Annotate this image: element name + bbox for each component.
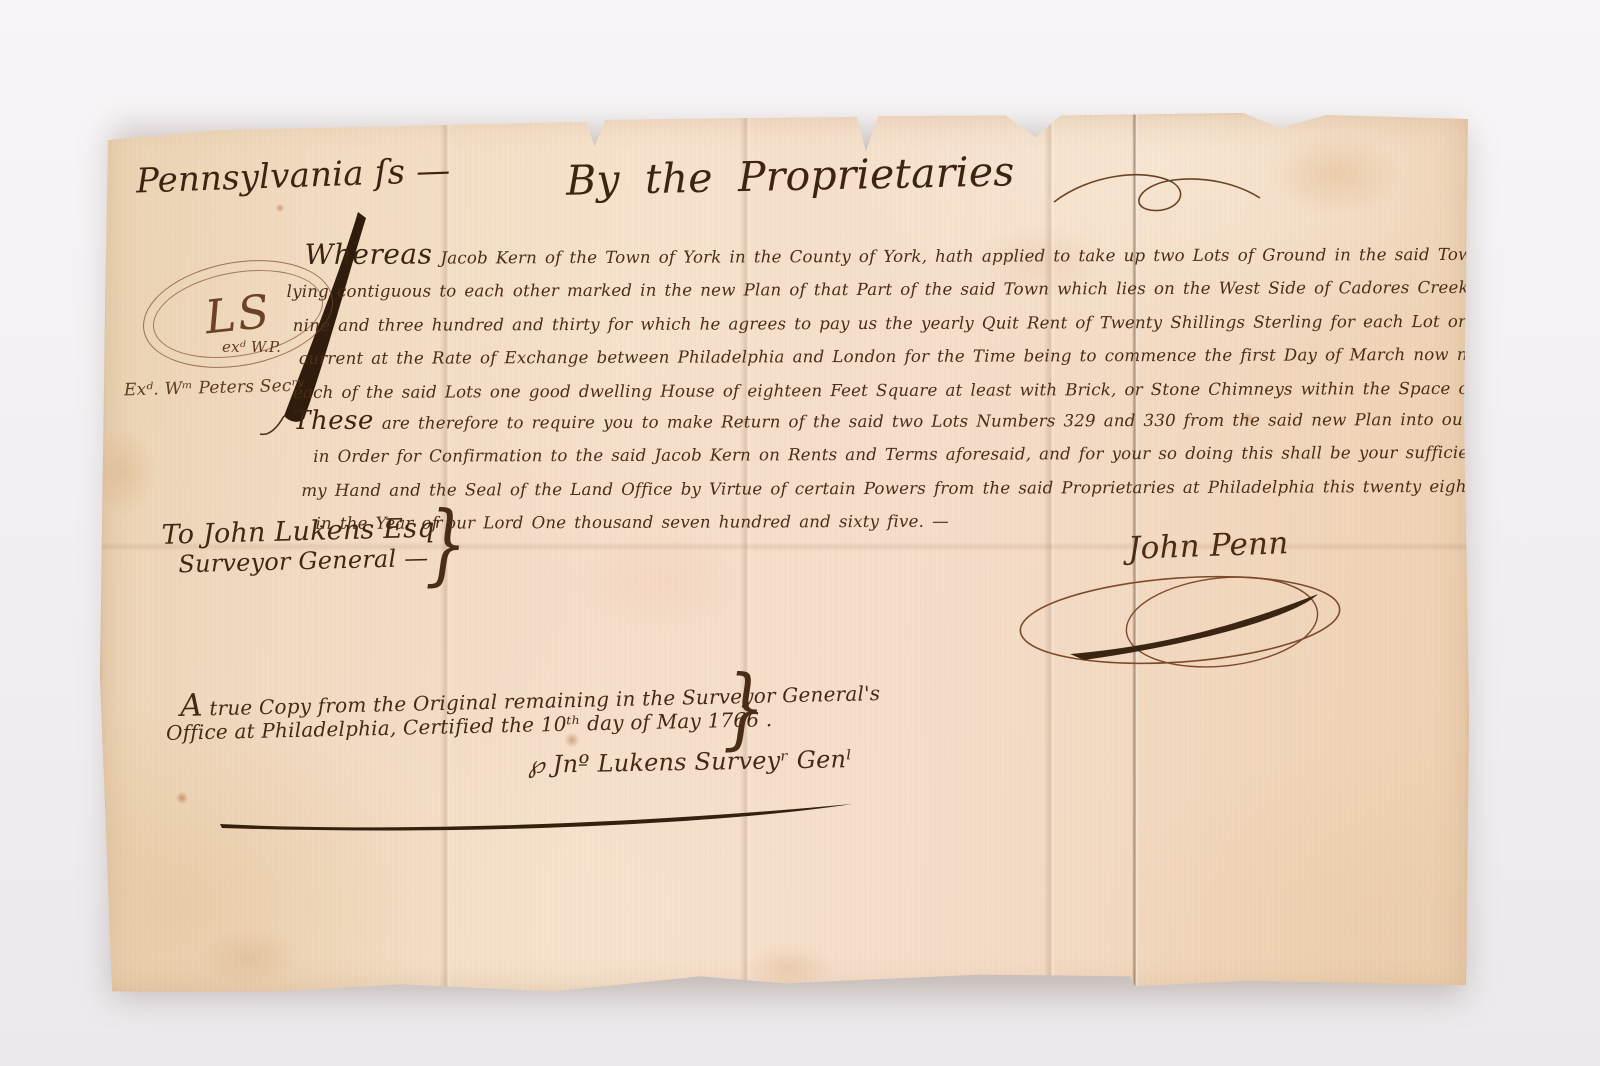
certification-lead: A	[180, 687, 203, 724]
penn-signature: John Penn	[1127, 525, 1289, 567]
photograph-background: Pennsylvania ſs — By the Proprietaries L…	[0, 0, 1600, 1066]
exd-note: exᵈ W.P.	[222, 338, 281, 356]
body-line: each of the said Lots one good dwelling …	[293, 370, 1453, 407]
body-line: These are therefore to require you to ma…	[293, 403, 1453, 438]
body-line: Whereas Jacob Kern of the Town of York i…	[304, 236, 1452, 273]
addressee-line-2: Surveyor General —	[178, 543, 455, 578]
document-title: By the Proprietaries	[566, 147, 1015, 204]
body-line: nine and three hundred and thirty for wh…	[293, 303, 1453, 340]
body-line-lead: Whereas	[304, 238, 432, 271]
title-flourish	[1050, 164, 1265, 226]
lukens-signature: ℘ Jnº Lukens Surveyʳ Genˡ	[528, 745, 853, 779]
addressee-block: To John Lukens Esqʳ: Surveyor General —	[161, 512, 454, 579]
body-line: my Hand and the Seal of the Land Office …	[301, 468, 1453, 505]
body-line-lead: These	[293, 406, 374, 436]
examined-note: Exᵈ. Wᵐ Peters Secʳʸ	[124, 376, 304, 401]
certification-brace: }	[723, 664, 765, 752]
penn-signature-flourish	[1012, 558, 1364, 676]
addressee-brace: }	[425, 500, 467, 588]
document-paper: Pennsylvania ſs — By the Proprietaries L…	[100, 112, 1470, 994]
jurisdiction-heading: Pennsylvania ſs —	[135, 151, 451, 202]
lukens-signature-flourish	[216, 798, 860, 834]
seal-monogram: LS	[202, 284, 273, 345]
body-line: current at the Rate of Exchange between …	[299, 336, 1453, 373]
body-line: in Order for Confirmation to the said Ja…	[313, 434, 1453, 471]
body-line: lying contiguous to each other marked in…	[287, 269, 1453, 306]
